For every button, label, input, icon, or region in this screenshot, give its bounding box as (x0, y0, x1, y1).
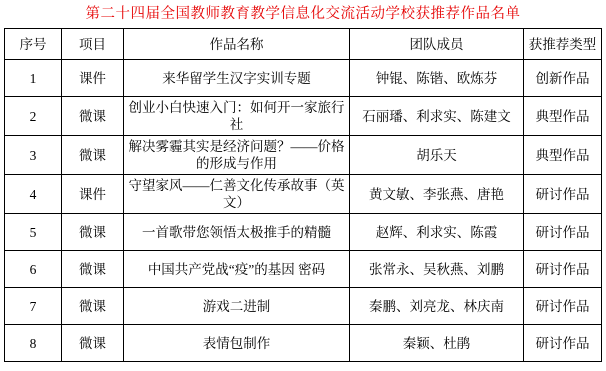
cell-project-type: 微课 (62, 288, 124, 325)
cell-project-type: 课件 (62, 60, 124, 97)
table-row: 7微课游戏二进制秦鹏、刘亮龙、林庆南研讨作品 (5, 288, 602, 325)
cell-work-title: 守望家风——仁善文化传承故事（英文） (124, 175, 350, 214)
cell-serial: 2 (5, 97, 62, 136)
cell-work-title: 来华留学生汉字实训专题 (124, 60, 350, 97)
works-table: 序号项目作品名称团队成员获推荐类型 1课件来华留学生汉字实训专题钟锟、陈锴、欧炼… (4, 28, 602, 362)
document-page: 第二十四届全国教师教育教学信息化交流活动学校获推荐作品名单 序号项目作品名称团队… (0, 0, 606, 371)
cell-work-title: 解决雾霾其实是经济问题？——价格的形成与作用 (124, 136, 350, 175)
table-header-row: 序号项目作品名称团队成员获推荐类型 (5, 29, 602, 60)
header-cell: 获推荐类型 (524, 29, 602, 60)
table-row: 5微课一首歌带您领悟太极推手的精髓赵辉、利求实、陈霞研讨作品 (5, 214, 602, 251)
cell-work-title: 一首歌带您领悟太极推手的精髓 (124, 214, 350, 251)
cell-project-type: 微课 (62, 325, 124, 362)
cell-team-members: 黄文敏、李张燕、唐艳 (350, 175, 524, 214)
cell-team-members: 秦颖、杜鹃 (350, 325, 524, 362)
table-row: 3微课解决雾霾其实是经济问题？——价格的形成与作用胡乐天典型作品 (5, 136, 602, 175)
cell-team-members: 赵辉、利求实、陈霞 (350, 214, 524, 251)
cell-serial: 6 (5, 251, 62, 288)
cell-project-type: 微课 (62, 136, 124, 175)
cell-award-category: 典型作品 (524, 97, 602, 136)
cell-team-members: 张常永、吴秋燕、刘鹏 (350, 251, 524, 288)
cell-award-category: 研讨作品 (524, 251, 602, 288)
cell-serial: 5 (5, 214, 62, 251)
header-cell: 项目 (62, 29, 124, 60)
cell-work-title: 游戏二进制 (124, 288, 350, 325)
cell-serial: 7 (5, 288, 62, 325)
table-row: 8微课表情包制作秦颖、杜鹃研讨作品 (5, 325, 602, 362)
cell-serial: 4 (5, 175, 62, 214)
cell-project-type: 微课 (62, 251, 124, 288)
cell-award-category: 研讨作品 (524, 214, 602, 251)
cell-award-category: 研讨作品 (524, 325, 602, 362)
cell-team-members: 石丽璠、利求实、陈建文 (350, 97, 524, 136)
cell-team-members: 秦鹏、刘亮龙、林庆南 (350, 288, 524, 325)
cell-award-category: 研讨作品 (524, 288, 602, 325)
header-cell: 作品名称 (124, 29, 350, 60)
cell-award-category: 研讨作品 (524, 175, 602, 214)
cell-team-members: 胡乐天 (350, 136, 524, 175)
table-row: 1课件来华留学生汉字实训专题钟锟、陈锴、欧炼芬创新作品 (5, 60, 602, 97)
table-row: 2微课创业小白快速入门：如何开一家旅行社石丽璠、利求实、陈建文典型作品 (5, 97, 602, 136)
cell-work-title: 创业小白快速入门：如何开一家旅行社 (124, 97, 350, 136)
cell-serial: 8 (5, 325, 62, 362)
cell-project-type: 微课 (62, 214, 124, 251)
cell-award-category: 创新作品 (524, 60, 602, 97)
table-row: 4课件守望家风——仁善文化传承故事（英文）黄文敏、李张燕、唐艳研讨作品 (5, 175, 602, 214)
cell-work-title: 中国共产党战“疫”的基因 密码 (124, 251, 350, 288)
cell-team-members: 钟锟、陈锴、欧炼芬 (350, 60, 524, 97)
cell-project-type: 微课 (62, 97, 124, 136)
cell-work-title: 表情包制作 (124, 325, 350, 362)
cell-serial: 1 (5, 60, 62, 97)
cell-award-category: 典型作品 (524, 136, 602, 175)
cell-project-type: 课件 (62, 175, 124, 214)
doc-title: 第二十四届全国教师教育教学信息化交流活动学校获推荐作品名单 (0, 0, 606, 28)
cell-serial: 3 (5, 136, 62, 175)
header-cell: 序号 (5, 29, 62, 60)
table-row: 6微课中国共产党战“疫”的基因 密码张常永、吴秋燕、刘鹏研讨作品 (5, 251, 602, 288)
header-cell: 团队成员 (350, 29, 524, 60)
